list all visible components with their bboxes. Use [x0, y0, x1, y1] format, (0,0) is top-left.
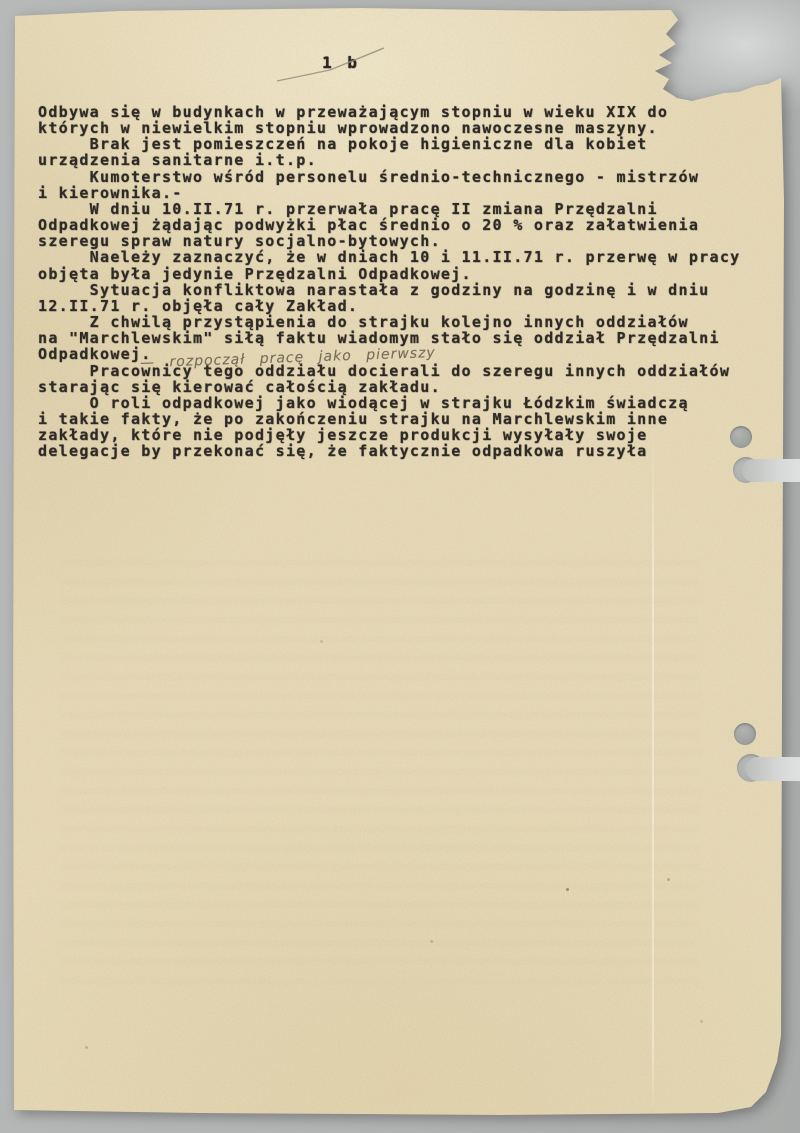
typed-line: na "Marchlewskim" siłą faktu wiadomym st… — [38, 330, 778, 346]
typed-text-block: Odbywa się w budynkach w przeważającym s… — [38, 104, 778, 459]
page-number: 1 b — [322, 53, 360, 72]
typed-line: objęta była jedynie Przędzalni Odpadkowe… — [38, 266, 778, 282]
typed-line: i kierownika.- — [38, 185, 778, 201]
typed-line: Kumoterstwo wśród personelu średnio-tech… — [38, 169, 778, 185]
typed-line: Naeleży zaznaczyć, że w dniach 10 i 11.I… — [38, 249, 778, 265]
fold-crease — [652, 430, 654, 1113]
paper-speck — [667, 878, 670, 881]
punch-hole — [734, 723, 756, 745]
paper-speck — [430, 940, 433, 943]
typed-line: zakłady, które nie podjęły jeszcze produ… — [38, 427, 778, 443]
typed-line: których w niewielkim stopniu wprowadzono… — [38, 120, 778, 136]
typed-line: W dniu 10.II.71 r. przerwała pracę II zm… — [38, 201, 778, 217]
ink-bleed-ghosting — [60, 560, 700, 990]
paper-speck — [566, 888, 569, 891]
typed-line: starając się kierować całością zakładu. — [38, 379, 778, 395]
paper-speck — [700, 1020, 703, 1023]
torn-hole-channel — [742, 459, 800, 482]
typed-line: Sytuacja konfliktowa narastała z godziny… — [38, 282, 778, 298]
punch-hole — [730, 426, 752, 448]
paper-speck — [320, 640, 323, 643]
typed-line: O roli odpadkowej jako wiodącej w strajk… — [38, 395, 778, 411]
typed-line: Z chwilą przystąpienia do strajku kolejn… — [38, 314, 778, 330]
scanned-document: 1 b Odbywa się w budynkach w przeważając… — [0, 0, 800, 1133]
typed-line: szeregu spraw natury socjalno-bytowych. — [38, 233, 778, 249]
typed-line: Odbywa się w budynkach w przeważającym s… — [38, 104, 778, 120]
typed-line: delegacje by przekonać się, że faktyczni… — [38, 443, 778, 459]
typed-line: 12.II.71 r. objęła cały Zakład. — [38, 298, 778, 314]
paper-speck — [85, 1046, 88, 1049]
typed-line: Odpadkowej żądając podwyżki płac średnio… — [38, 217, 778, 233]
typed-line: urządzenia sanitarne i.t.p. — [38, 152, 778, 168]
typed-line: i takie fakty, że po zakończeniu strajku… — [38, 411, 778, 427]
torn-hole-channel — [746, 757, 800, 781]
